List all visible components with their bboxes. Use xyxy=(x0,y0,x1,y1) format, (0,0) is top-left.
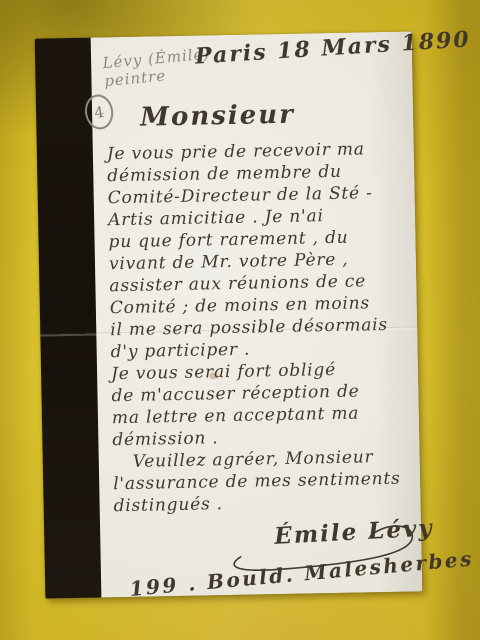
salutation: Monsieur xyxy=(140,100,295,133)
page-number: 4 xyxy=(93,102,105,121)
letter-body: Je vous prie de recevoir ma démission de… xyxy=(107,138,416,518)
letter-paper: Lévy (Émile) peintre Paris 18 Mars 1890 … xyxy=(35,31,423,598)
